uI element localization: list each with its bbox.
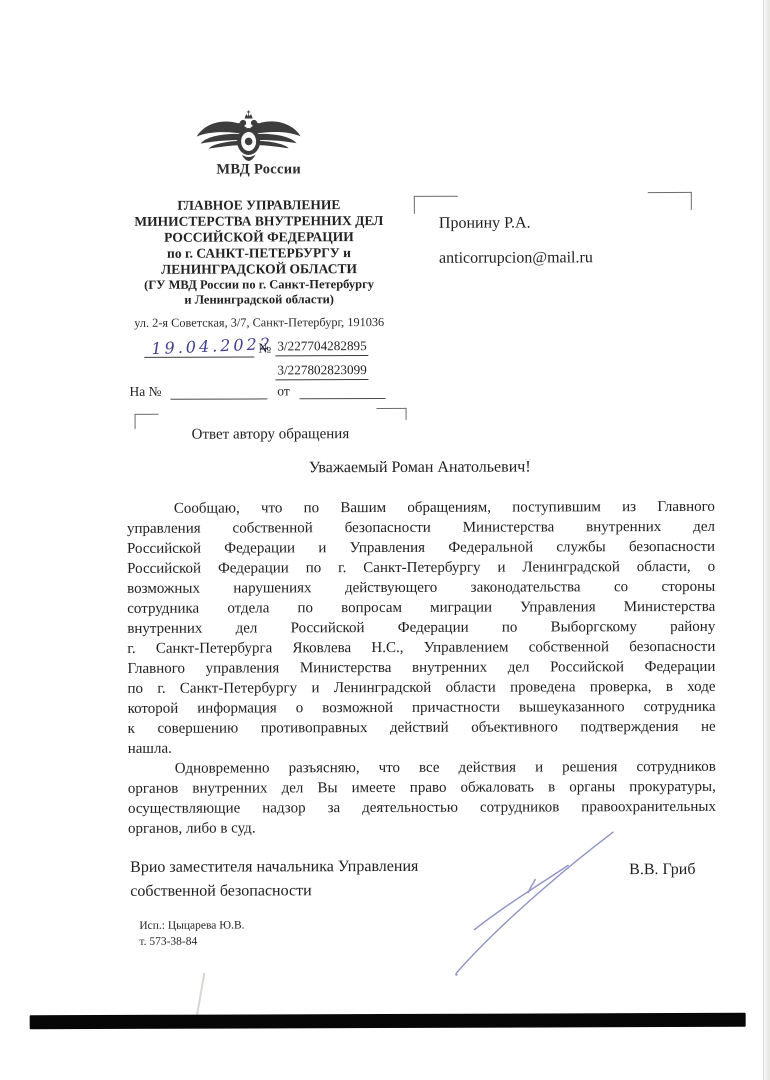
executor-note: Исп.: Цыцарева Ю.В. т. 573-38-84 bbox=[139, 918, 244, 949]
redaction-bar bbox=[30, 1013, 746, 1029]
handwritten-date: 19.04.2022 bbox=[151, 334, 273, 358]
subject-corner-right bbox=[377, 408, 407, 420]
recipient-email: anticorrupcion@mail.ru bbox=[439, 249, 593, 268]
mvd-double-headed-eagle-icon bbox=[195, 110, 303, 166]
incoming-number-label: На № bbox=[129, 384, 161, 399]
outgoing-number-1: 3/227704282895 bbox=[275, 338, 368, 356]
subject-line: Ответ автору обращения bbox=[192, 426, 350, 444]
executor-phone: т. 573-38-84 bbox=[139, 934, 244, 950]
emblem-caption: МВД России bbox=[139, 161, 379, 179]
letterhead-title: ГЛАВНОЕ УПРАВЛЕНИЕМИНИСТЕРСТВА ВНУТРЕННИ… bbox=[119, 197, 399, 278]
signer-position: Врио заместителя начальника Управлениясо… bbox=[130, 855, 418, 904]
subject-corner-left bbox=[135, 414, 159, 429]
body-paragraph-1: Сообщаю, что по Вашим обращениям, поступ… bbox=[127, 497, 716, 759]
incoming-number-blank bbox=[171, 385, 268, 399]
recipient-name: Пронину Р.А. bbox=[439, 214, 531, 232]
letterhead-address: ул. 2-я Советская, 3/7, Санкт-Петербург,… bbox=[104, 315, 414, 331]
scanned-letter-page: МВД России ГЛАВНОЕ УПРАВЛЕНИЕМИНИСТЕРСТВ… bbox=[0, 0, 770, 1080]
executor-name: Исп.: Цыцарева Ю.В. bbox=[139, 918, 244, 934]
from-date-blank bbox=[299, 385, 385, 399]
recipient-corner-top-left bbox=[414, 196, 458, 214]
recipient-corner-top-right bbox=[648, 192, 692, 210]
number-sign: № bbox=[258, 340, 271, 356]
letterhead-short-name: (ГУ МВД России по г. Санкт-Петербургуи Л… bbox=[119, 277, 399, 307]
from-label: от bbox=[277, 383, 290, 398]
scan-crease-line bbox=[196, 973, 205, 1017]
salutation: Уважаемый Роман Анатольевич! bbox=[120, 458, 720, 478]
outgoing-number-2: 3/227802823099 bbox=[275, 362, 368, 380]
signer-name: В.В. Гриб bbox=[629, 861, 695, 879]
scan-edge-shadow bbox=[764, 0, 770, 1080]
handwritten-signature bbox=[421, 819, 622, 1012]
incoming-reference-row: На № от bbox=[129, 383, 391, 400]
date-underline bbox=[144, 356, 254, 357]
